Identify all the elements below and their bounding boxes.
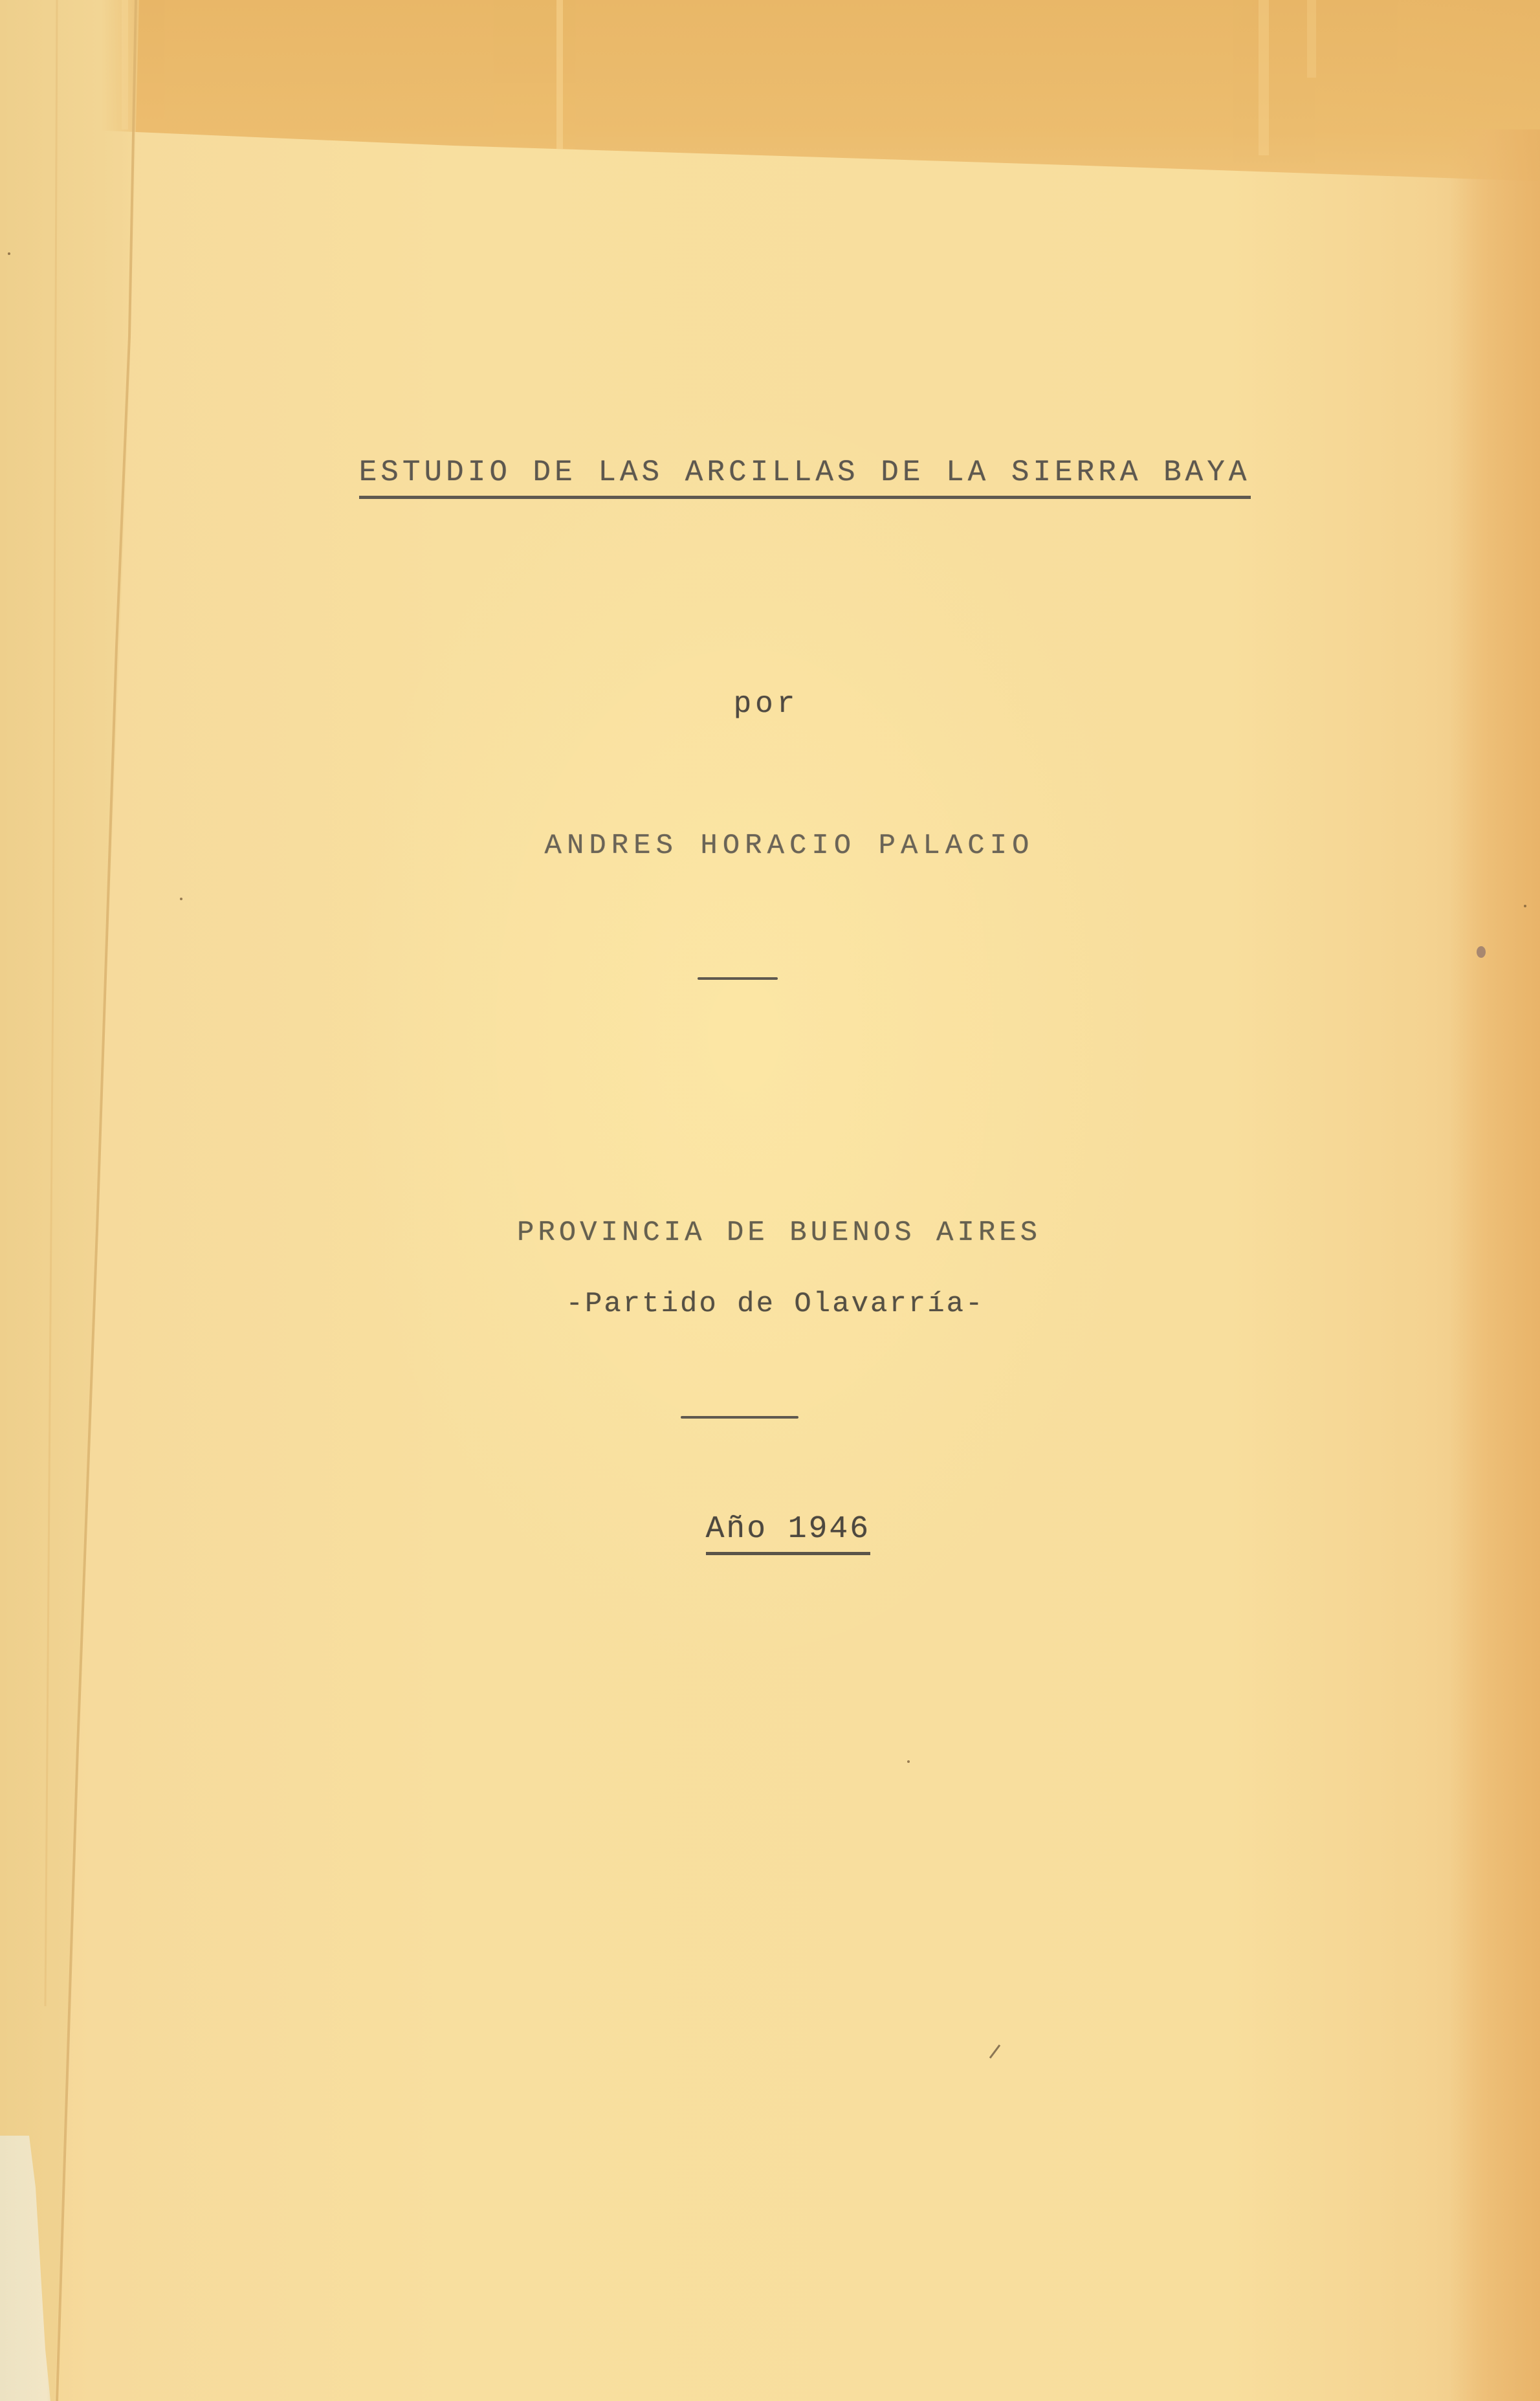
province-name: PROVINCIA DE BUENOS AIRES	[9, 1217, 1540, 1249]
separator-rule	[681, 1416, 798, 1419]
paper-streak	[1307, 0, 1316, 78]
paper-speck	[8, 252, 10, 255]
paper-speck	[1524, 905, 1526, 907]
document-year-text: Año 1946	[706, 1512, 870, 1555]
separator-rule	[698, 977, 778, 980]
document-title: ESTUDIO DE LAS ARCILLAS DE LA SIERRA BAY…	[13, 422, 1540, 499]
by-label: por	[0, 687, 1536, 721]
paper-streak	[1259, 0, 1269, 155]
paper-speck	[907, 1760, 910, 1763]
document-year: Año 1946	[0, 1477, 1537, 1555]
author-name: ANDRES HORACIO PALACIO	[19, 830, 1540, 862]
paper-speck	[180, 898, 182, 900]
document-title-text: ESTUDIO DE LAS ARCILLAS DE LA SIERRA BAY…	[359, 456, 1251, 499]
ink-stain	[1477, 946, 1486, 958]
paper-background	[0, 0, 1540, 2401]
paper-streak	[556, 0, 563, 149]
district-name: -Partido de Olavarría-	[5, 1288, 1540, 1320]
